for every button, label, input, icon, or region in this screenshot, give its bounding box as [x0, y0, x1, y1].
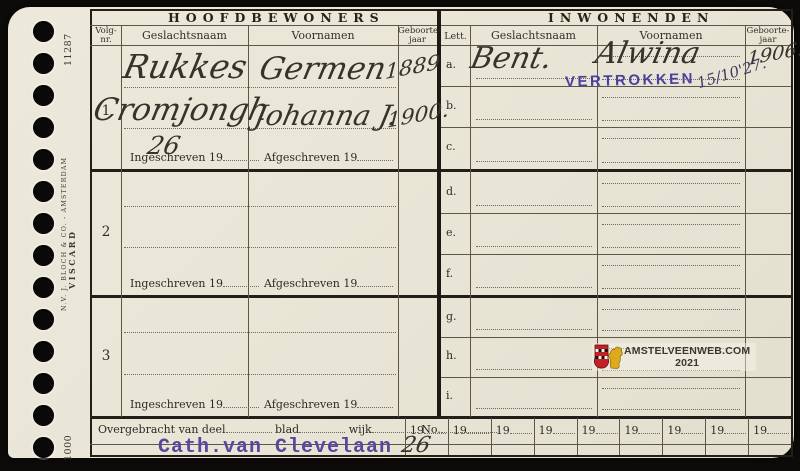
punch-hole [33, 213, 54, 234]
handwriting-ingeschreven-year: 26 [145, 131, 183, 160]
afgeschreven-label: Afgeschreven 19 [264, 277, 393, 290]
street-name-stamp: Cath.van Clevelaan [158, 436, 392, 459]
year-cell-row: 19 19 19 19 19 19 19 19 19 [405, 418, 791, 444]
row-letter: d. [446, 185, 457, 198]
lodger-row-d: d. [438, 172, 791, 213]
strip-cell [705, 444, 748, 455]
column-header-geslachtsnaam: Geslachtsnaam [121, 29, 248, 42]
strip-cell [577, 444, 620, 455]
column-header-lett: Lett. [441, 31, 470, 42]
dotted-blank [767, 424, 789, 434]
row-letter: a. [446, 58, 456, 71]
year-cell: 19 [534, 418, 577, 444]
punch-hole [33, 373, 54, 394]
writing-line [124, 206, 396, 207]
dotted-blank [223, 151, 259, 161]
punch-hole [33, 117, 54, 138]
punch-hole [33, 341, 54, 362]
strip-cell [662, 444, 705, 455]
writing-line [476, 287, 592, 288]
writing-line [602, 247, 740, 248]
scanned-register-card-scene: 11287 VISCARD N.V. J. BLOCH & CO. - AMST… [0, 0, 800, 471]
printer-name: VISCARD [67, 230, 77, 289]
dotted-blank [724, 424, 746, 434]
left-section-title: HOOFDBEWONERS [168, 10, 385, 25]
dotted-blank [357, 151, 393, 161]
lodger-row-f: f. [438, 254, 791, 295]
lodger-row-b: b. [438, 86, 791, 127]
punch-hole [33, 85, 54, 106]
dotted-blank [223, 277, 259, 287]
handwriting-house-number: 26 [399, 433, 432, 458]
afgeschreven-label: Afgeschreven 19 [264, 151, 393, 164]
vertrokken-stamp: VERTROKKEN [565, 70, 695, 90]
year-cell: 19 [448, 418, 491, 444]
watermark-text: AMSTELVEENWEB.COM 2021 [624, 345, 750, 369]
writing-line [602, 309, 740, 310]
dotted-blank [553, 424, 575, 434]
writing-line [602, 120, 740, 121]
writing-line [124, 332, 396, 333]
dotted-blank [467, 424, 489, 434]
punch-hole [33, 181, 54, 202]
punch-hole [33, 437, 54, 458]
dotted-blank [223, 398, 259, 408]
dotted-blank [596, 424, 618, 434]
dotted-blank [510, 424, 532, 434]
row-letter: f. [446, 267, 453, 280]
strip-cell [534, 444, 577, 455]
writing-line [602, 409, 740, 410]
handwriting-firstnames-1: Germen [256, 51, 389, 87]
lodger-row-i: i. [438, 377, 791, 416]
punch-hole [33, 53, 54, 74]
printer-address: N.V. J. BLOCH & CO. - AMSTERDAM [61, 157, 68, 311]
lodger-row-c: c. [438, 127, 791, 169]
afgeschreven-label: Afgeschreven 19 [264, 398, 393, 411]
row-letter: g. [446, 310, 457, 323]
year-cell: 19 [705, 418, 748, 444]
year-cell: 19 [662, 418, 705, 444]
writing-line [476, 205, 592, 206]
bottom-strip-row [405, 444, 791, 455]
strip-cell [619, 444, 662, 455]
punch-hole [33, 309, 54, 330]
writing-line [602, 224, 740, 225]
writing-line [602, 265, 740, 266]
punch-hole [33, 405, 54, 426]
row-letter: i. [446, 389, 453, 402]
dotted-blank [357, 398, 393, 408]
handwriting-lodger-firstnames: Alwina [592, 36, 703, 71]
ingeschreven-label: Ingeschreven 19 [130, 277, 259, 290]
writing-line [124, 374, 396, 375]
writing-line [476, 408, 592, 409]
writing-line [476, 161, 592, 162]
writing-line [476, 369, 592, 370]
ingeschreven-label: Ingeschreven 19 [130, 398, 259, 411]
dotted-blank [681, 424, 703, 434]
writing-line [602, 138, 740, 139]
writing-line [476, 329, 592, 330]
strip-cell [448, 444, 491, 455]
punch-hole [33, 21, 54, 42]
punch-hole [33, 149, 54, 170]
serial-number-bottom: 1000 [63, 435, 74, 461]
right-section-title: INWONENDEN [548, 10, 714, 25]
writing-line [476, 119, 592, 120]
dotted-blank [299, 423, 345, 433]
dotted-blank [226, 423, 272, 433]
punch-hole [33, 245, 54, 266]
writing-line [124, 87, 396, 88]
writing-line [476, 246, 592, 247]
writing-line [602, 388, 740, 389]
handwriting-surname-2: Cromjongh [90, 92, 272, 128]
column-header-voornamen: Voornamen [248, 29, 398, 42]
row-number: 2 [92, 224, 120, 240]
lodger-row-g: g. [438, 298, 791, 337]
writing-line [602, 330, 740, 331]
row-letter: h. [446, 349, 457, 362]
writing-line [602, 162, 740, 163]
strip-cell [748, 444, 791, 455]
serial-number-top: 11287 [63, 33, 74, 66]
main-row-3: 3 Ingeschreven 19 Afgeschreven 19 [92, 298, 437, 416]
lodger-row-e: e. [438, 213, 791, 254]
main-row-2: 2 Ingeschreven 19 Afgeschreven 19 [92, 172, 437, 295]
watermark: AMSTELVEENWEB.COM 2021 [592, 343, 756, 371]
writing-line [124, 247, 396, 248]
column-header-volgnr: Volg- nr. [92, 27, 120, 44]
handwriting-firstnames-2: Johanna J. [251, 99, 400, 132]
writing-line [602, 288, 740, 289]
row-letter: c. [446, 140, 456, 153]
writing-line [602, 183, 740, 184]
dotted-blank [638, 424, 660, 434]
punch-hole [33, 277, 54, 298]
amstelveen-crest-icon [594, 344, 624, 370]
year-cell: 19 [619, 418, 662, 444]
writing-line [602, 206, 740, 207]
year-cell: 19 [577, 418, 620, 444]
year-cell: 19 [748, 418, 791, 444]
register-card: 11287 VISCARD N.V. J. BLOCH & CO. - AMST… [8, 7, 794, 458]
row-number: 3 [92, 348, 120, 364]
handwriting-lodger-surname: Bent. [467, 41, 555, 76]
year-cell: 19 [491, 418, 534, 444]
row-letter: e. [446, 226, 456, 239]
writing-line [602, 97, 740, 98]
handwriting-surname-1: Rukkes [120, 47, 251, 86]
strip-cell [491, 444, 534, 455]
dotted-blank [357, 277, 393, 287]
column-header-geboortejaar: Geboorte- jaar [398, 27, 437, 44]
